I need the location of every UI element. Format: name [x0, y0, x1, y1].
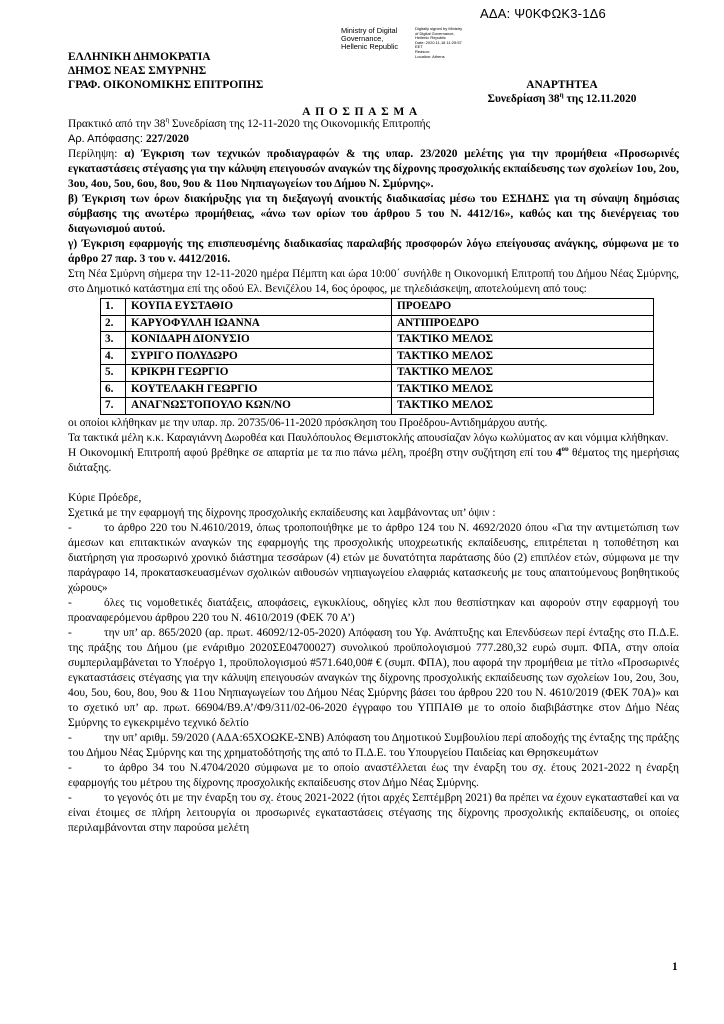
page-number: 1	[672, 960, 678, 975]
consideration-item: -το άρθρο 34 του Ν.4704/2020 σύμφωνα με …	[68, 761, 679, 791]
bullet-dash: -	[68, 761, 104, 776]
member-row: 4.ΣΥΡΙΓΟ ΠΟΛΥΔΩΡΟΤΑΚΤΙΚΟ ΜΕΛΟΣ	[101, 348, 654, 365]
member-row: 6.ΚΟΥΤΕΛΑΚΗ ΓΕΩΡΓΙΟΤΑΚΤΙΚΟ ΜΕΛΟΣ	[101, 381, 654, 398]
absent-text: Τα τακτικά μέλη κ.κ. Καραγιάννη Δωροθέα …	[68, 431, 679, 446]
meeting-text: Στη Νέα Σμύρνη σήμερα την 12-11-2020 ημέ…	[68, 267, 679, 297]
member-number: 6.	[101, 381, 126, 398]
bullet-dash: -	[68, 791, 104, 806]
ada-code: ΑΔΑ: Ψ0ΚΦΩΚ3-1Δ6	[480, 6, 606, 21]
members-table: 1.ΚΟΥΠΑ ΕΥΣΤΑΘΙΟΠΡΟΕΔΡΟ2.ΚΑΡΥΟΦΥΛΛΗ ΙΩΑΝ…	[100, 298, 654, 415]
member-number: 5.	[101, 365, 126, 382]
member-role: ΠΡΟΕΔΡΟ	[392, 299, 654, 316]
member-row: 7.ΑΝΑΓΝΩΣΤΟΠΟΥΛΟ ΚΩΝ/ΝΟΤΑΚΤΙΚΟ ΜΕΛΟΣ	[101, 398, 654, 415]
member-name: ΣΥΡΙΓΟ ΠΟΛΥΔΩΡΟ	[126, 348, 392, 365]
member-role: ΑΝΤΙΠΡΟΕΔΡΟ	[392, 315, 654, 332]
consideration-item: -το γεγονός ότι με την έναρξη του σχ. έτ…	[68, 791, 679, 836]
member-number: 3.	[101, 332, 126, 349]
considerations-list: -το άρθρο 220 του Ν.4610/2019, όπως τροπ…	[68, 521, 679, 836]
header-office: ΓΡΑΦ. ΟΙΚΟΝΟΜΙΚΗΣ ΕΠΙΤΡΟΠΗΣ	[68, 78, 263, 92]
member-role: ΤΑΚΤΙΚΟ ΜΕΛΟΣ	[392, 381, 654, 398]
member-row: 3.ΚΟΝΙΔΑΡΗ ΔΙΟΝΥΣΙΟΤΑΚΤΙΚΟ ΜΕΛΟΣ	[101, 332, 654, 349]
member-name: ΚΟΥΤΕΛΑΚΗ ΓΕΩΡΓΙΟ	[126, 381, 392, 398]
member-name: ΚΡΙΚΡΗ ΓΕΩΡΓΙΟ	[126, 365, 392, 382]
member-row: 5.ΚΡΙΚΡΗ ΓΕΩΡΓΙΟΤΑΚΤΙΚΟ ΜΕΛΟΣ	[101, 365, 654, 382]
consideration-item: -την υπ’ αρ. 865/2020 (αρ. πρωτ. 46092/1…	[68, 626, 679, 731]
member-role: ΤΑΚΤΙΚΟ ΜΕΛΟΣ	[392, 332, 654, 349]
header-country: ΕΛΛΗΝΙΚΗ ΔΗΜΟΚΡΑΤΙΑ	[68, 50, 263, 64]
member-row: 1.ΚΟΥΠΑ ΕΥΣΤΑΘΙΟΠΡΟΕΔΡΟ	[101, 299, 654, 316]
intro-text: Σχετικά με την εφαρμογή της δίχρονης προ…	[68, 506, 679, 521]
member-role: ΤΑΚΤΙΚΟ ΜΕΛΟΣ	[392, 398, 654, 415]
bullet-dash: -	[68, 731, 104, 746]
bullet-dash: -	[68, 596, 104, 611]
consideration-item: -όλες τις νομοθετικές διατάξεις, αποφάσε…	[68, 596, 679, 626]
member-name: ΑΝΑΓΝΩΣΤΟΠΟΥΛΟ ΚΩΝ/ΝΟ	[126, 398, 392, 415]
summary-c: γ) Έγκριση εφαρμογής της επισπευσμένης δ…	[68, 237, 679, 267]
quorum-text: Η Οικονομική Επιτροπή αφού βρέθηκε σε απ…	[68, 446, 679, 476]
document-body: Πρακτικό από την 38η Συνεδρίαση της 12-1…	[68, 117, 679, 836]
bullet-dash: -	[68, 626, 104, 641]
member-name: ΚΑΡΥΟΦΥΛΛΗ ΙΩΑΝΝΑ	[126, 315, 392, 332]
member-number: 1.	[101, 299, 126, 316]
summary-b: β) Έγκριση των όρων διακήρυξης για τη δι…	[68, 192, 679, 237]
member-role: ΤΑΚΤΙΚΟ ΜΕΛΟΣ	[392, 365, 654, 382]
member-row: 2.ΚΑΡΥΟΦΥΛΛΗ ΙΩΑΝΝΑΑΝΤΙΠΡΟΕΔΡΟ	[101, 315, 654, 332]
member-number: 7.	[101, 398, 126, 415]
issuer-header: ΕΛΛΗΝΙΚΗ ΔΗΜΟΚΡΑΤΙΑ ΔΗΜΟΣ ΝΕΑΣ ΣΜΥΡΝΗΣ Γ…	[68, 50, 263, 92]
member-role: ΤΑΚΤΙΚΟ ΜΕΛΟΣ	[392, 348, 654, 365]
decision-number-line: Αρ. Απόφασης: 227/2020	[68, 132, 679, 147]
summary-a: Περίληψη: α) Έγκριση των τεχνικών προδια…	[68, 147, 679, 192]
member-name: ΚΟΥΠΑ ΕΥΣΤΑΘΙΟ	[126, 299, 392, 316]
salutation: Κύριε Πρόεδρε,	[68, 491, 679, 506]
invited-text: οι οποίοι κλήθηκαν με την υπαρ. πρ. 2073…	[68, 416, 679, 431]
signature-details: Digitally signed by Ministry of Digital …	[415, 27, 487, 59]
member-number: 2.	[101, 315, 126, 332]
posting-label: ΑΝΑΡΤΗΤΕΑ	[442, 78, 682, 92]
consideration-item: -το άρθρο 220 του Ν.4610/2019, όπως τροπ…	[68, 521, 679, 596]
member-number: 4.	[101, 348, 126, 365]
header-municipality: ΔΗΜΟΣ ΝΕΑΣ ΣΜΥΡΝΗΣ	[68, 64, 263, 78]
digital-signature-stamp: Ministry of Digital Governance, Hellenic…	[341, 27, 487, 59]
minutes-line: Πρακτικό από την 38η Συνεδρίαση της 12-1…	[68, 117, 679, 132]
bullet-dash: -	[68, 521, 104, 536]
signer-name: Ministry of Digital Governance, Hellenic…	[341, 27, 409, 59]
posting-header: ΑΝΑΡΤΗΤΕΑ Συνεδρίαση 38η της 12.11.2020	[442, 78, 682, 106]
consideration-item: -την υπ’ αριθμ. 59/2020 (ΑΔΑ:65ΧΟΩΚΕ-ΣΝΒ…	[68, 731, 679, 761]
member-name: ΚΟΝΙΔΑΡΗ ΔΙΟΝΥΣΙΟ	[126, 332, 392, 349]
